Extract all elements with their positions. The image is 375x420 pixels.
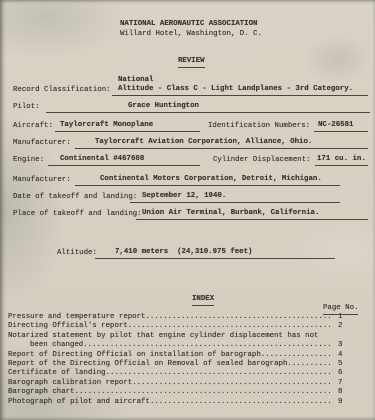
cylinder-displacement-value: 171 cu. in. — [315, 155, 368, 166]
index-row: Pressure and temperature report 1 — [8, 313, 368, 322]
index-row: Certificate of landing 6 — [8, 369, 368, 378]
org-address: Willard Hotel, Washington, D. C. — [120, 30, 262, 39]
altitude-value: 7,410 meters (24,310.975 feet) — [95, 248, 335, 259]
engine-manufacturer-value: Continental Motors Corporation, Detroit,… — [75, 175, 340, 186]
index-title: INDEX — [192, 295, 214, 306]
index-item-label: Certificate of landing — [8, 369, 106, 378]
aircraft-label: Aircraft: — [13, 122, 53, 131]
identification-label: Identification Numbers: — [208, 122, 310, 131]
place-of-takeoff-landing-value: Union Air Terminal, Burbank, California. — [136, 209, 368, 220]
place-of-takeoff-landing-label: Place of takeoff and landing: — [13, 210, 142, 219]
pilot-label: Pilot: — [13, 103, 40, 112]
engine-manufacturer-label: Manufacturer: — [13, 176, 71, 185]
index-list: Pressure and temperature report 1 Direct… — [8, 313, 368, 407]
index-item-label: Barograph chart — [8, 388, 75, 397]
dot-leader — [146, 313, 333, 322]
index-item-label: Pressure and temperature report — [8, 313, 146, 322]
national-note: National — [118, 76, 153, 85]
index-row: Barograph calibration report 7 — [8, 379, 368, 388]
dot-leader — [128, 322, 332, 331]
index-row: Barograph chart 8 — [8, 388, 368, 397]
engine-label: Engine: — [13, 156, 44, 165]
record-classification-label: Record Classification: — [13, 86, 111, 95]
index-row-continuation: been changed 3 — [8, 341, 368, 350]
dot-leader — [106, 369, 332, 378]
index-item-page: 6 — [332, 369, 368, 378]
index-row: Notarized statement by pilot that engine… — [8, 332, 368, 341]
index-item-label: Directing Official's report — [8, 322, 128, 331]
index-row: Report of the Directing Official on Remo… — [8, 360, 368, 369]
index-item-page: 8 — [332, 388, 368, 397]
identification-value: NC-26581 — [314, 121, 368, 132]
aircraft-manufacturer-value: Taylorcraft Aviation Corporation, Allian… — [75, 138, 368, 149]
dot-leader — [75, 388, 332, 397]
dot-leader — [83, 341, 332, 350]
index-item-page: 2 — [332, 322, 368, 331]
index-row: Directing Official's report 2 — [8, 322, 368, 331]
review-title: REVIEW — [178, 57, 205, 68]
engine-value: Continental #467608 — [48, 155, 200, 166]
index-item-label: Report of the Directing Official on Remo… — [8, 360, 287, 369]
dot-leader — [261, 351, 332, 360]
index-item-page: 9 — [332, 398, 368, 407]
index-item-page: 7 — [332, 379, 368, 388]
index-item-label: been changed — [30, 341, 83, 350]
index-item-label: Report of Directing Official on installa… — [8, 351, 261, 360]
index-item-label: Photograph of pilot and aircraft — [8, 398, 150, 407]
aircraft-manufacturer-label: Manufacturer: — [13, 139, 71, 148]
dot-leader — [132, 379, 332, 388]
dot-leader — [150, 398, 332, 407]
aircraft-value: Taylorcraft Monoplane — [55, 121, 200, 132]
index-item-page: 5 — [332, 360, 368, 369]
index-row: Photograph of pilot and aircraft 9 — [8, 398, 368, 407]
record-classification-value: Altitude - Class C - Light Landplanes - … — [112, 85, 368, 96]
index-item-label: Notarized statement by pilot that engine… — [8, 332, 318, 341]
index-item-page: 3 — [332, 341, 368, 350]
document-page: NATIONAL AERONAUTIC ASSOCIATION Willard … — [0, 0, 375, 420]
index-item-page: 4 — [332, 351, 368, 360]
date-of-takeoff-landing-value: September 12, 1940. — [130, 192, 340, 203]
cylinder-displacement-label: Cylinder Displacement: — [213, 156, 311, 165]
altitude-label: Altitude: — [57, 249, 97, 258]
org-name: NATIONAL AERONAUTIC ASSOCIATION — [120, 20, 258, 29]
index-item-label: Barograph calibration report — [8, 379, 132, 388]
dot-leader — [287, 360, 332, 369]
date-of-takeoff-landing-label: Date of takeoff and landing: — [13, 193, 137, 202]
index-item-page: 1 — [332, 313, 368, 322]
index-row: Report of Directing Official on installa… — [8, 351, 368, 360]
pilot-value: Grace Huntington — [46, 102, 370, 113]
